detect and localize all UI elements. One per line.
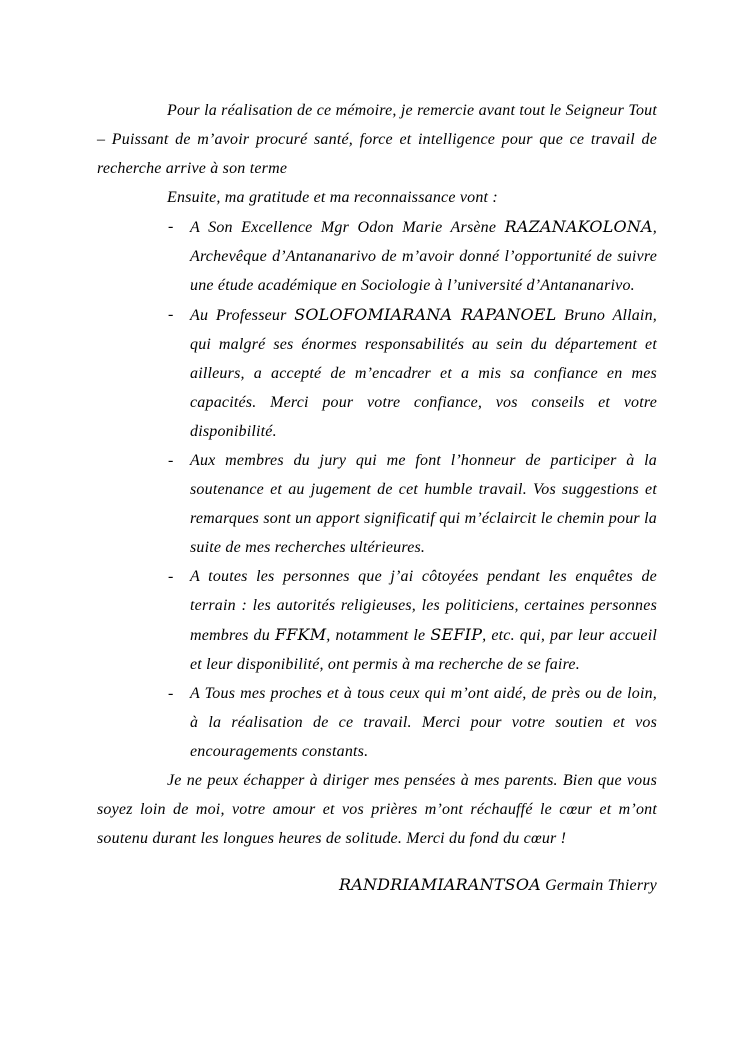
list-item-dash-marker: - [168,679,174,708]
proper-name-caps-text: SOLOFOMIARANA RAPANOEL [294,305,556,324]
proper-name-caps-text: RANDRIAMIARANTSOA [339,875,541,894]
proper-name-caps-text: FFKM [275,625,326,644]
script-text: A Son Excellence Mgr Odon Marie Arsène [190,219,505,236]
script-text: Je ne peux échapper à diriger mes pensée… [97,772,657,847]
acknowledgment-list-item: -Au Professeur SOLOFOMIARANA RAPANOEL Br… [97,300,657,446]
acknowledgment-list: -A Son Excellence Mgr Odon Marie Arsène … [97,212,657,766]
acknowledgment-list-item: -A Son Excellence Mgr Odon Marie Arsène … [97,212,657,300]
script-text: Ensuite, ma gratitude et ma reconnaissan… [167,189,498,206]
list-item-dash-marker: - [168,300,174,329]
acknowledgment-list-item: -Aux membres du jury qui me font l’honne… [97,446,657,562]
proper-name-caps-text: SEFIP [430,625,482,644]
list-item-dash-marker: - [168,562,174,591]
script-text: Pour la réalisation de ce mémoire, je re… [97,102,657,177]
script-text: A Tous mes proches et à tous ceux qui m’… [190,685,657,760]
opening-paragraph: Pour la réalisation de ce mémoire, je re… [97,96,657,183]
gratitude-intro-paragraph: Ensuite, ma gratitude et ma reconnaissan… [97,183,657,212]
proper-name-caps-text: RAZANAKOLONA [505,217,653,236]
script-text: Au Professeur [190,307,294,324]
acknowledgments-page: Pour la réalisation de ce mémoire, je re… [0,0,745,1053]
list-item-dash-marker: - [168,446,174,475]
script-text: Bruno Allain, qui malgré ses énormes res… [190,307,657,440]
script-text: Germain Thierry [541,877,657,894]
acknowledgment-list-item: -A toutes les personnes que j’ai côtoyée… [97,562,657,679]
closing-paragraph: Je ne peux échapper à diriger mes pensée… [97,766,657,853]
page-content: Pour la réalisation de ce mémoire, je re… [97,96,657,900]
script-text: , notamment le [326,627,430,644]
signature-line: RANDRIAMIARANTSOA Germain Thierry [97,870,657,900]
acknowledgment-list-item: -A Tous mes proches et à tous ceux qui m… [97,679,657,766]
script-text: Aux membres du jury qui me font l’honneu… [190,452,657,556]
list-item-dash-marker: - [168,212,174,241]
